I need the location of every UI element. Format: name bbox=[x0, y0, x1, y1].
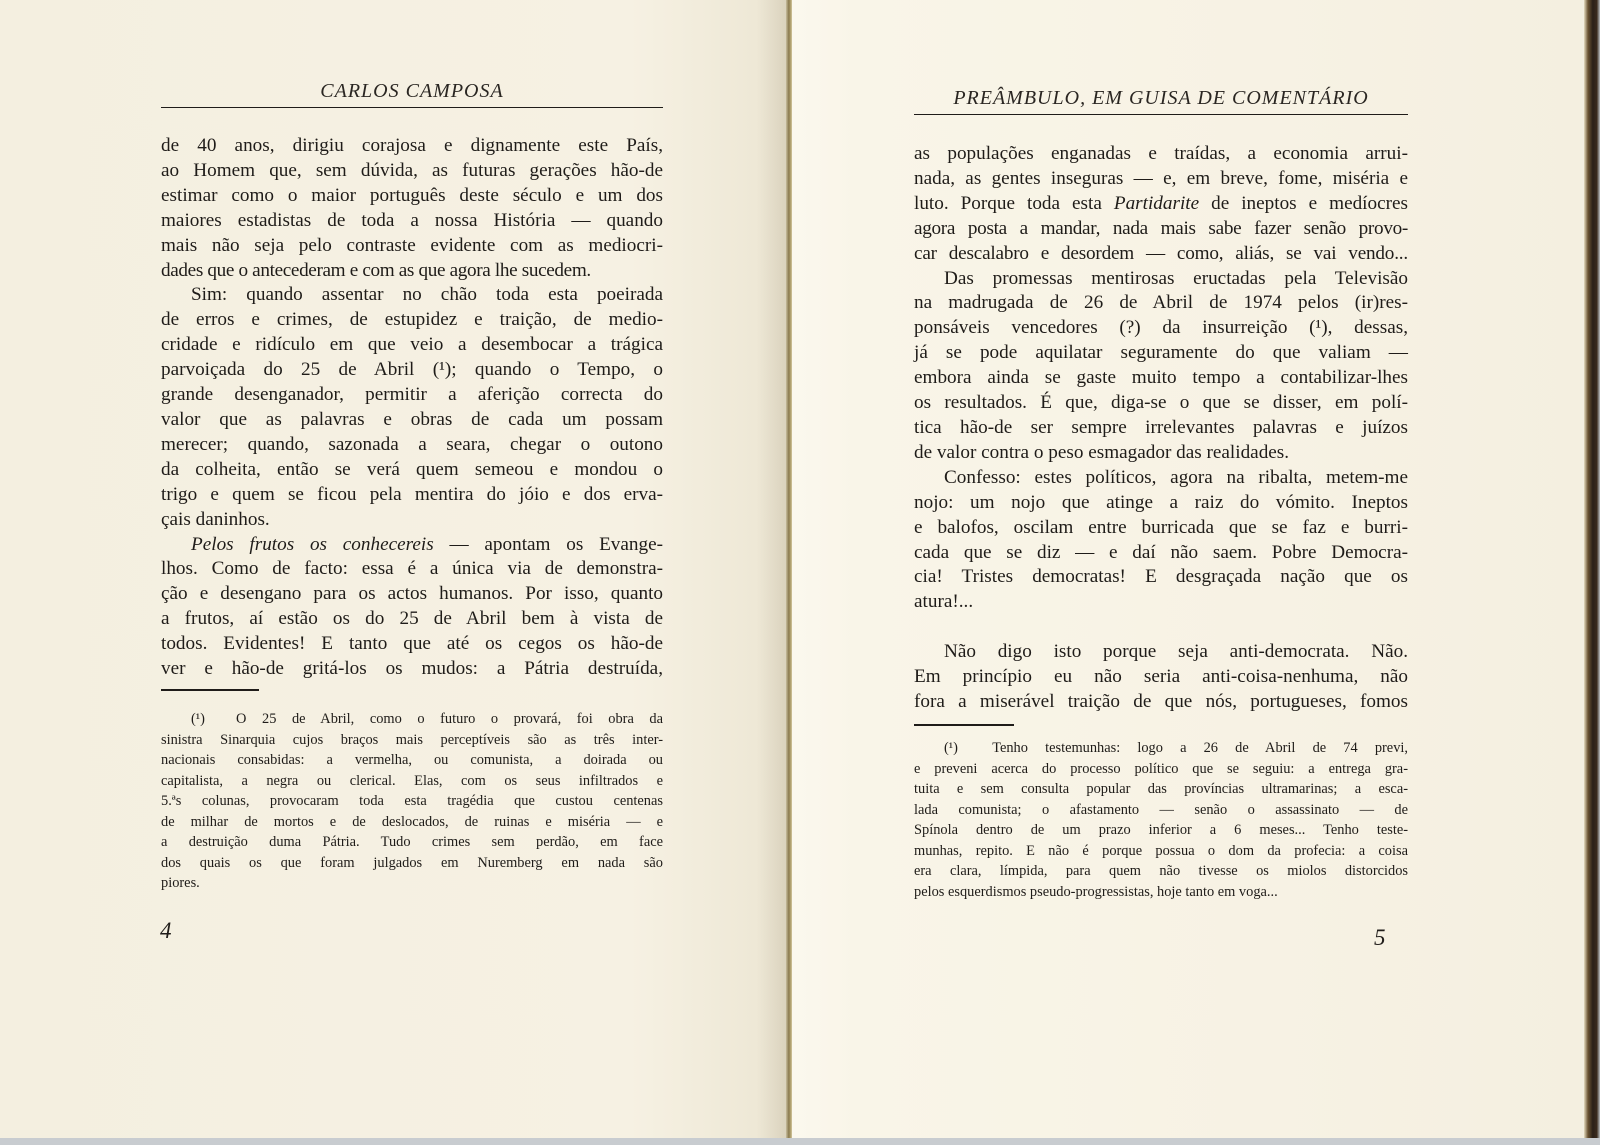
text-line: fora a miserável traição de que nós, por… bbox=[914, 690, 1408, 715]
footnote-line: munhas, repito. E não é porque possua o … bbox=[914, 841, 1408, 862]
right-paragraph-1: as populações enganadas e traídas, a eco… bbox=[914, 142, 1408, 267]
text-line: trigo e quem se ficou pela mentira do jó… bbox=[161, 483, 663, 508]
text-line: parvoiçada do 25 de Abril (¹); quando o … bbox=[161, 358, 663, 383]
left-page: CARLOS CAMPOSA de 40 anos, dirigiu coraj… bbox=[0, 0, 788, 1138]
footnote-marker: (¹) bbox=[944, 740, 958, 756]
text-line: embora ainda se gaste muito tempo a cont… bbox=[914, 366, 1408, 391]
text-line: a frutos, aí estão os do 25 de Abril bem… bbox=[161, 607, 663, 632]
text-line: Confesso: estes políticos, agora na riba… bbox=[914, 466, 1408, 491]
page-number-left: 4 bbox=[160, 918, 172, 944]
footnote-rule-right bbox=[914, 724, 1014, 726]
text-line: de valor contra o peso esmagador das rea… bbox=[914, 441, 1408, 466]
text-line: na madrugada de 26 de Abril de 1974 pelo… bbox=[914, 291, 1408, 316]
running-header-right-text: PREÂMBULO, EM GUISA DE COMENTÁRIO bbox=[953, 87, 1368, 109]
text-line: lhos. Como de facto: essa é a única via … bbox=[161, 557, 663, 582]
left-paragraph-1: de 40 anos, dirigiu corajosa e dignament… bbox=[161, 134, 663, 283]
text-line: cia! Tristes democratas! E desgraçada na… bbox=[914, 565, 1408, 590]
text-fragment: — apontam os Evange- bbox=[434, 534, 663, 555]
text-line: Não digo isto porque seja anti-democrata… bbox=[914, 640, 1408, 665]
running-header-left: CARLOS CAMPOSA bbox=[161, 80, 663, 108]
footnote-line: Spínola dentro de um prazo inferior a 6 … bbox=[914, 820, 1408, 841]
text-line: Pelos frutos os conhecereis — apontam os… bbox=[161, 533, 663, 558]
footnote-line: piores. bbox=[161, 873, 663, 894]
text-line: nada, as gentes inseguras — e, em breve,… bbox=[914, 167, 1408, 192]
text-line: Sim: quando assentar no chão toda esta p… bbox=[161, 283, 663, 308]
text-line: merecer; quando, sazonada a seara, chega… bbox=[161, 433, 663, 458]
text-line: atura!... bbox=[914, 590, 1408, 615]
footnote-line: dos quais os que foram julgados em Nurem… bbox=[161, 853, 663, 874]
text-line: mais não seja pelo contraste evidente co… bbox=[161, 234, 663, 259]
text-line: as populações enganadas e traídas, a eco… bbox=[914, 142, 1408, 167]
footnote-left: (¹) O 25 de Abril, como o futuro o prova… bbox=[161, 709, 663, 894]
text-line: cada que se diz — e daí não saem. Pobre … bbox=[914, 541, 1408, 566]
text-line: de 40 anos, dirigiu corajosa e dignament… bbox=[161, 134, 663, 159]
left-paragraph-2: Sim: quando assentar no chão toda esta p… bbox=[161, 283, 663, 532]
running-header-left-text: CARLOS CAMPOSA bbox=[320, 80, 503, 102]
footnote-line: tuita e sem consulta popular das provínc… bbox=[914, 779, 1408, 800]
text-line: agora posta a mandar, nada mais sabe faz… bbox=[914, 217, 1408, 242]
footnote-line: pelos esquerdismos pseudo-progressistas,… bbox=[914, 882, 1408, 903]
footnote-right: (¹) Tenho testemunhas: logo a 26 de Abri… bbox=[914, 738, 1408, 902]
text-line: çais daninhos. bbox=[161, 508, 663, 533]
text-line: ponsáveis vencedores (?) da insurreição … bbox=[914, 316, 1408, 341]
italic-quote: Pelos frutos os conhecereis bbox=[191, 534, 434, 555]
text-fragment: de ineptos e medíocres bbox=[1199, 193, 1408, 214]
text-line: car descalabro e desordem — como, aliás,… bbox=[914, 242, 1408, 267]
text-line: luto. Porque toda esta Partidarite de in… bbox=[914, 192, 1408, 217]
text-line: maiores estadistas de toda a nossa Histó… bbox=[161, 209, 663, 234]
text-line: os resultados. É que, diga-se o que se d… bbox=[914, 391, 1408, 416]
right-body-text: as populações enganadas e traídas, a eco… bbox=[914, 142, 1408, 715]
book-spread: CARLOS CAMPOSA de 40 anos, dirigiu coraj… bbox=[0, 0, 1600, 1140]
text-line: ao Homem que, sem dúvida, as futuras ger… bbox=[161, 159, 663, 184]
scan-background bbox=[0, 1138, 1600, 1145]
footnote-line: a destruição duma Pátria. Tudo crimes se… bbox=[161, 832, 663, 853]
text-fragment: luto. Porque toda esta bbox=[914, 193, 1114, 214]
right-paragraph-3: Confesso: estes políticos, agora na riba… bbox=[914, 466, 1408, 615]
right-paragraph-2: Das promessas mentirosas eructadas pela … bbox=[914, 267, 1408, 466]
footnote-line: (¹) O 25 de Abril, como o futuro o prova… bbox=[161, 709, 663, 730]
text-line: cridade e ridículo em que veio a desembo… bbox=[161, 333, 663, 358]
running-header-right: PREÂMBULO, EM GUISA DE COMENTÁRIO bbox=[914, 87, 1408, 115]
page-number-right: 5 bbox=[1374, 925, 1386, 951]
paragraph-gap bbox=[914, 615, 1408, 640]
text-line: Das promessas mentirosas eructadas pela … bbox=[914, 267, 1408, 292]
text-line: da colheita, então se verá quem semeou e… bbox=[161, 458, 663, 483]
text-line: já se pode aquilatar seguramente do que … bbox=[914, 341, 1408, 366]
book-fore-edge bbox=[1584, 0, 1600, 1145]
text-fragment: Tenho testemunhas: logo a 26 de Abril de… bbox=[992, 740, 1408, 756]
text-line: grande desenganador, permitir a aferição… bbox=[161, 383, 663, 408]
left-paragraph-3: Pelos frutos os conhecereis — apontam os… bbox=[161, 533, 663, 682]
text-line: todos. Evidentes! E tanto que até os ceg… bbox=[161, 632, 663, 657]
footnote-line: e preveni acerca do processo político qu… bbox=[914, 759, 1408, 780]
text-line: ver e hão-de gritá-los os mudos: a Pátri… bbox=[161, 657, 663, 682]
footnote-line: de milhar de mortos e de deslocados, de … bbox=[161, 812, 663, 833]
text-line: tica hão-de ser sempre irrelevantes pala… bbox=[914, 416, 1408, 441]
footnote-marker: (¹) bbox=[191, 711, 205, 727]
text-line: ção e desengano para os actos humanos. P… bbox=[161, 582, 663, 607]
text-line: dades que o antecederam e com as que ago… bbox=[161, 259, 663, 284]
text-line: Em princípio eu não seria anti-coisa-nen… bbox=[914, 665, 1408, 690]
footnote-line: sinistra Sinarquia cujos braços mais per… bbox=[161, 730, 663, 751]
text-line: estimar como o maior português deste séc… bbox=[161, 184, 663, 209]
left-body-text: de 40 anos, dirigiu corajosa e dignament… bbox=[161, 134, 663, 682]
right-paragraph-4: Não digo isto porque seja anti-democrata… bbox=[914, 640, 1408, 715]
text-line: de erros e crimes, de estupidez e traiçã… bbox=[161, 308, 663, 333]
text-fragment: O 25 de Abril, como o futuro o provará, … bbox=[236, 711, 663, 727]
footnote-line: era clara, límpida, para quem não tivess… bbox=[914, 861, 1408, 882]
footnote-line: (¹) Tenho testemunhas: logo a 26 de Abri… bbox=[914, 738, 1408, 759]
footnote-line: nacionais consabidas: a vermelha, ou com… bbox=[161, 750, 663, 771]
footnote-line: capitalista, a negra ou clerical. Elas, … bbox=[161, 771, 663, 792]
footnote-line: lada comunista; o afastamento — senão o … bbox=[914, 800, 1408, 821]
text-line: e balofos, oscilam entre burricada que s… bbox=[914, 516, 1408, 541]
text-line: nojo: um nojo que atinge a raiz do vómit… bbox=[914, 491, 1408, 516]
text-line: valor que as palavras e obras de cada um… bbox=[161, 408, 663, 433]
right-page: PREÂMBULO, EM GUISA DE COMENTÁRIO as pop… bbox=[792, 0, 1585, 1138]
footnote-line: 5.ªs colunas, provocaram toda esta tragé… bbox=[161, 791, 663, 812]
italic-word: Partidarite bbox=[1114, 193, 1199, 214]
footnote-rule-left bbox=[161, 689, 259, 691]
